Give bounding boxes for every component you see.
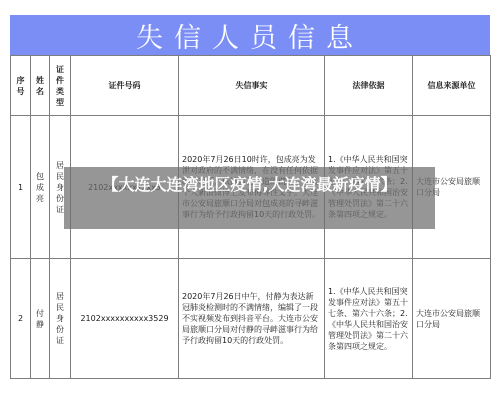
header-source: 信息来源单位 — [413, 56, 491, 116]
header-id-type: 证件类型 — [50, 56, 71, 116]
cell-index: 1 — [11, 116, 31, 259]
header-id-number: 证件号码 — [71, 56, 179, 116]
header-name: 姓名 — [31, 56, 50, 116]
table-row: 2 付静 居民身份证 2102xxxxxxxxxx3529 2020年7月26日… — [11, 259, 491, 379]
table-header-row: 序号 姓名 证件类型 证件号码 失信事实 法律依据 信息来源单位 — [11, 56, 491, 116]
cell-index: 2 — [11, 259, 31, 379]
headline-overlay-banner: 【大连大连湾地区疫情,大连湾最新疫情】 — [64, 167, 435, 229]
header-fact: 失信事实 — [179, 56, 325, 116]
cell-name: 包成亮 — [31, 116, 50, 259]
cell-id-type: 居民身份证 — [50, 259, 71, 379]
header-law: 法律依据 — [325, 56, 413, 116]
cell-source: 大连市公安局旅顺口分局 — [413, 259, 491, 379]
header-index: 序号 — [11, 56, 31, 116]
cell-law: 1.《中华人民共和国突发事件应对法》第五十七条、第六十六条；2.《中华人民共和国… — [325, 259, 413, 379]
cell-id-number: 2102xxxxxxxxxx3529 — [71, 259, 179, 379]
document-page: 失信人员信息 序号 姓名 证件类型 证件号码 失信事实 法律依据 信息来源单位 … — [0, 0, 500, 397]
page-title: 失信人员信息 — [10, 15, 490, 55]
cell-fact: 2020年7月26日中午，付静为表达新冠肺炎检测时的不满情绪，编辑了一段不实视频… — [179, 259, 325, 379]
cell-name: 付静 — [31, 259, 50, 379]
